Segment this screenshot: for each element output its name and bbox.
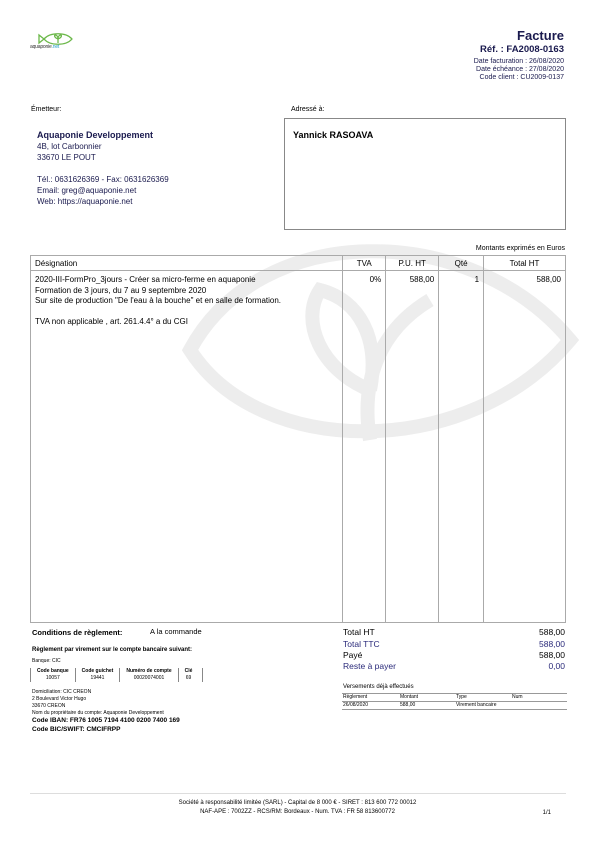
payments-header-type: Type (455, 694, 511, 702)
client-code: Code client : CU2009-0137 (480, 74, 564, 81)
line-total: 588,00 (484, 271, 566, 623)
payment-amount: 588,00 (399, 702, 455, 710)
description-line: 2020-III-FormPro_3jours - Créer sa micro… (35, 275, 338, 286)
key-value: 69 (178, 675, 203, 682)
total-ht-label: Total HT (343, 627, 375, 637)
logo-name-part2: .net (52, 44, 60, 50)
bank-domiciliation: Domiciliation: CIC CREON (32, 689, 91, 695)
remaining-label: Reste à payer (343, 661, 396, 671)
invoice-date: Date facturation : 26/08/2020 (474, 58, 564, 65)
sender-address1: 4B, lot Carbonnier (37, 142, 101, 151)
sender-name: Aquaponie Developpement (37, 130, 153, 140)
bank-transfer-title: Règlement par virement sur le compte ban… (32, 647, 192, 653)
iban: Code IBAN: FR76 1005 7194 4100 0200 7400… (32, 717, 180, 724)
description-line (35, 307, 338, 318)
key-header: Clé (178, 668, 203, 675)
payment-terms-value: A la commande (150, 627, 202, 636)
document-title: Facture (517, 28, 564, 43)
payments-title: Versements déjà effectués (343, 684, 414, 690)
header-total: Total HT (484, 256, 566, 271)
payments-table: Règlement Montant Type Num 26/08/2020 58… (342, 693, 567, 710)
bank-code-value: 10057 (31, 675, 76, 682)
bic-swift: Code BIC/SWIFT: CMCIFRPP (32, 726, 120, 733)
payment-terms-label: Conditions de règlement: (32, 628, 122, 637)
paid-label: Payé (343, 650, 362, 660)
payment-row: 26/08/2020 588,00 Virement bancaire (342, 702, 567, 710)
line-description: 2020-III-FormPro_3jours - Créer sa micro… (31, 271, 343, 623)
remaining-value: 0,00 (548, 661, 565, 671)
header-qty: Qté (439, 256, 484, 271)
sender-address2: 33670 LE POUT (37, 153, 96, 162)
recipient-label: Adressé à: (291, 106, 324, 113)
header-designation: Désignation (31, 256, 343, 271)
branch-code-header: Code guichet (75, 668, 120, 675)
footer-legal-line1: Société à responsabilité limitée (SARL) … (0, 800, 595, 806)
payment-type: Virement bancaire (455, 702, 511, 710)
total-ttc-value: 588,00 (539, 639, 565, 649)
total-ht-value: 588,00 (539, 627, 565, 637)
sender-phone-fax: Tél.: 0631626369 - Fax: 0631626369 (37, 175, 169, 184)
bank-city: 33670 CREON (32, 703, 65, 709)
line-qty: 1 (439, 271, 484, 623)
total-ttc-label: Total TTC (343, 639, 380, 649)
footer-legal-line2: NAF-APE : 7002ZZ - RCS/RM: Bordeaux - Nu… (0, 809, 595, 815)
recipient-name: Yannick RASOAVA (293, 130, 373, 140)
sender-label: Émetteur: (31, 106, 61, 113)
bank-code-header: Code banque (31, 668, 76, 675)
description-line: Sur site de production "De l'eau à la bo… (35, 296, 338, 307)
logo-text: aquaponie.net (30, 44, 59, 50)
payments-header-amount: Montant (399, 694, 455, 702)
account-number-header: Numéro de compte (120, 668, 178, 675)
currency-note: Montants exprimés en Euros (476, 245, 565, 252)
header-unit-price: P.U. HT (386, 256, 439, 271)
description-line: Formation de 3 jours, du 7 au 9 septembr… (35, 286, 338, 297)
footer-divider (30, 793, 566, 794)
payments-header-date: Règlement (342, 694, 399, 702)
bank-street: 2 Boulevard Victor Hugo (32, 696, 86, 702)
due-date: Date échéance : 27/08/2020 (476, 66, 564, 73)
logo-name-part1: aquaponie (30, 44, 52, 50)
payment-num (511, 702, 567, 710)
payments-header-row: Règlement Montant Type Num (342, 694, 567, 702)
header-vat: TVA (343, 256, 386, 271)
paid-value: 588,00 (539, 650, 565, 660)
payments-header-num: Num (511, 694, 567, 702)
logo-icon (30, 30, 80, 56)
payment-date: 26/08/2020 (342, 702, 399, 710)
bank-account-table: Code banque Code guichet Numéro de compt… (30, 668, 203, 682)
invoice-lines-table: Désignation TVA P.U. HT Qté Total HT 202… (30, 255, 566, 623)
branch-code-value: 19441 (75, 675, 120, 682)
line-vat: 0% (343, 271, 386, 623)
invoice-reference: Réf. : FA2008-0163 (480, 44, 564, 55)
sender-web[interactable]: Web: https://aquaponie.net (37, 197, 132, 206)
table-row: 2020-III-FormPro_3jours - Créer sa micro… (31, 271, 566, 623)
account-owner: Nom du propriétaire du compte: Aquaponie… (32, 710, 164, 716)
description-line: TVA non applicable , art. 261.4.4° a du … (35, 317, 338, 328)
line-unit-price: 588,00 (386, 271, 439, 623)
page-number: 1/1 (543, 810, 551, 816)
bank-name: Banque: CIC (32, 658, 61, 664)
sender-email[interactable]: Email: greg@aquaponie.net (37, 186, 136, 195)
account-number-value: 00020074001 (120, 675, 178, 682)
table-header-row: Désignation TVA P.U. HT Qté Total HT (31, 256, 566, 271)
